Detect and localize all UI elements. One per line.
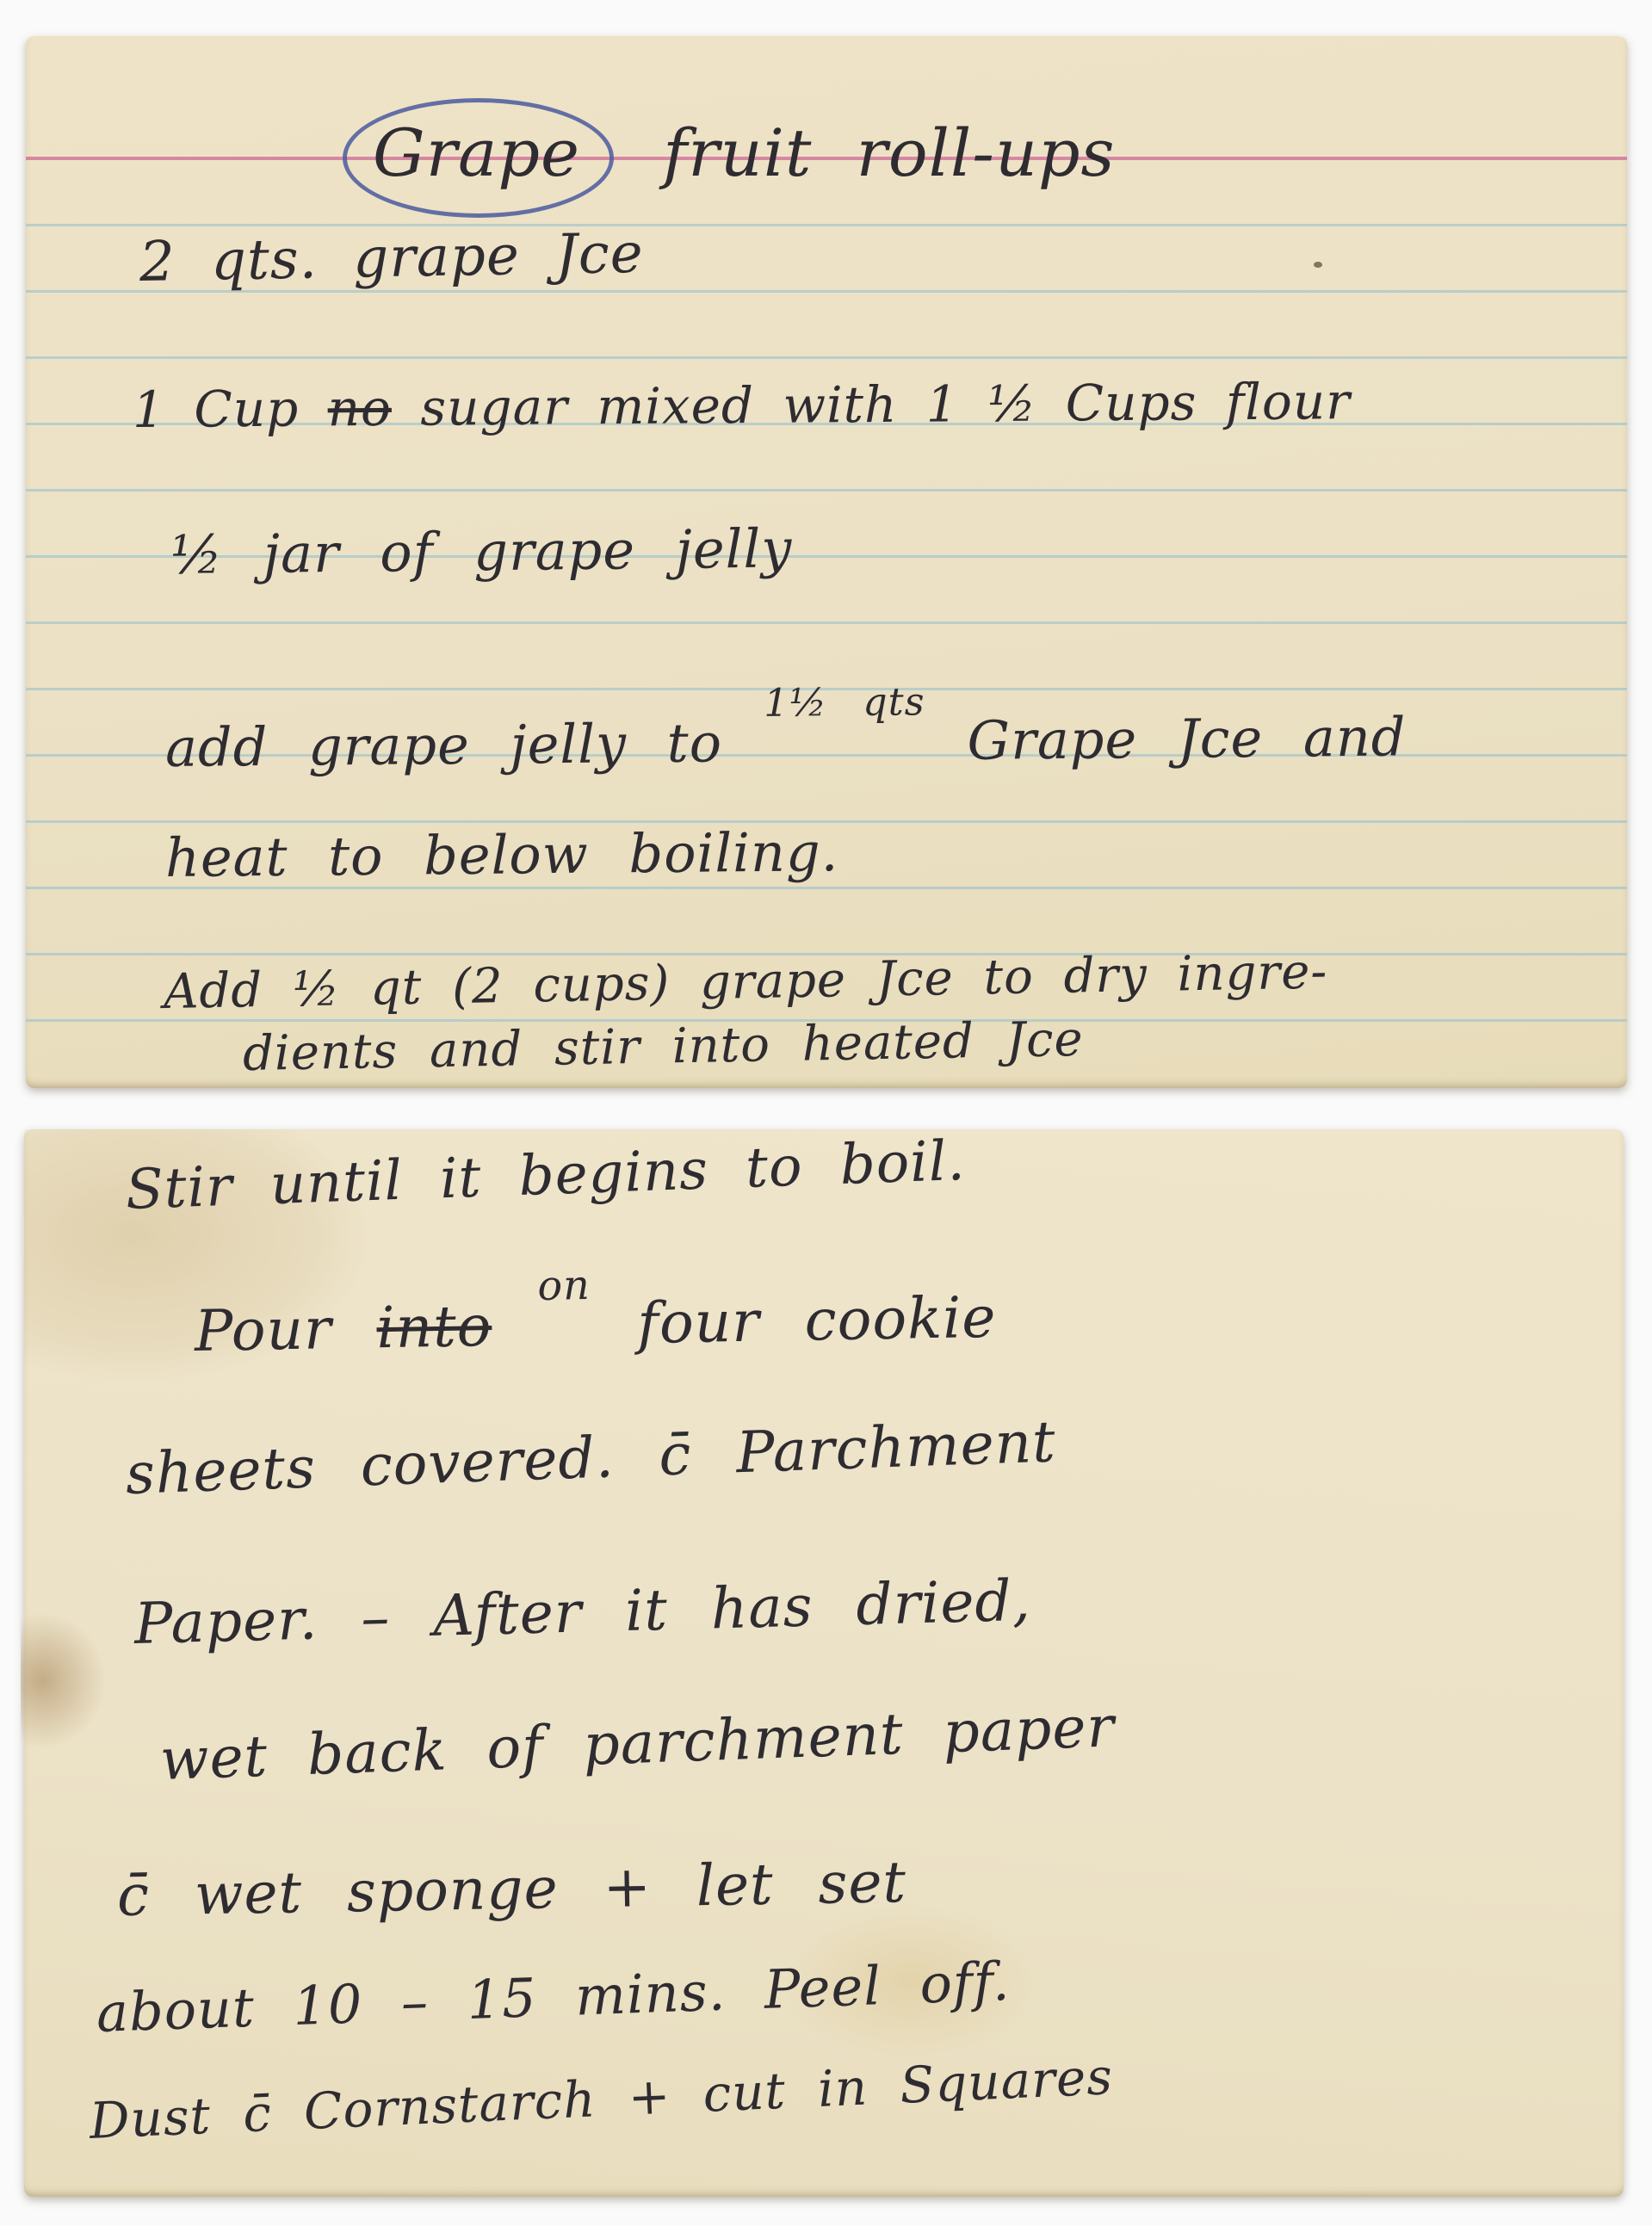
add-pre-text: add grape jelly to xyxy=(165,711,723,779)
sugar-struck-word: no xyxy=(327,379,392,438)
step-line-paper: Paper. – After it has dried, xyxy=(133,1567,1032,1657)
minutes-text: about 10 – 15 mins. Peel off. xyxy=(96,1950,1012,2044)
ingredient-line-jelly: ½ jar of grape jelly xyxy=(170,516,793,586)
step-line-sheets: sheets covered. c̄ Parchment xyxy=(125,1408,1057,1507)
blue-circle-annotation: Grape xyxy=(343,98,614,218)
sheets-text: sheets covered. c̄ Parchment xyxy=(125,1408,1057,1507)
step-line-add-jelly: add grape jelly to 1½ qts Grape Jce and xyxy=(165,705,1407,779)
step-line-sponge: c̄ wet sponge + let set xyxy=(116,1849,906,1929)
ingredient-juice-text: 2 qts. grape Jce xyxy=(139,222,644,294)
pour-struck-word: into xyxy=(376,1293,492,1361)
pour-pre-text: Pour xyxy=(194,1295,332,1364)
step-line-wet-back: wet back of parchment paper xyxy=(159,1693,1116,1793)
recipe-title-line: Grape fruit roll-ups xyxy=(368,110,1116,195)
sponge-text: c̄ wet sponge + let set xyxy=(116,1849,906,1929)
paper-text: Paper. – After it has dried, xyxy=(133,1567,1032,1657)
step-line-heat: heat to below boiling. xyxy=(165,820,839,889)
sugar-post-text: sugar mixed with 1 ½ Cups flour xyxy=(420,372,1351,437)
step-line-dust: Dust c̄ Cornstarch + cut in Squares xyxy=(89,2047,1115,2150)
step-line-pour: Pour into on four cookie xyxy=(194,1284,997,1364)
pour-inserted-word: on xyxy=(537,1262,591,1310)
ingredient-jelly-text: ½ jar of grape jelly xyxy=(170,516,793,586)
smudge-stain xyxy=(21,1611,107,1749)
wet-back-text: wet back of parchment paper xyxy=(159,1693,1116,1793)
step-line-minutes: about 10 – 15 mins. Peel off. xyxy=(96,1950,1012,2044)
stir-text: Stir until it begins to boil. xyxy=(125,1129,967,1222)
pour-post-text: four cookie xyxy=(637,1284,997,1357)
add-inserted-amount: 1½ qts xyxy=(764,679,925,726)
recipe-card-front: Grape fruit roll-ups 2 qts. grape Jce 1 … xyxy=(26,36,1627,1088)
title-circled-word: Grape xyxy=(373,114,580,191)
step-line-stir: Stir until it begins to boil. xyxy=(125,1129,967,1222)
add-post-text: Grape Jce and xyxy=(967,705,1406,771)
ingredient-line-sugar: 1 Cup no sugar mixed with 1 ½ Cups flour xyxy=(133,372,1351,439)
title-rest: fruit roll-ups xyxy=(663,114,1115,191)
ingredient-line-juice: 2 qts. grape Jce xyxy=(139,222,644,294)
dust-text: Dust c̄ Cornstarch + cut in Squares xyxy=(89,2047,1115,2150)
recipe-card-back: Stir until it begins to boil. Pour into … xyxy=(24,1129,1624,2197)
heat-text: heat to below boiling. xyxy=(165,820,839,889)
sugar-pre-text: 1 Cup xyxy=(133,380,300,439)
